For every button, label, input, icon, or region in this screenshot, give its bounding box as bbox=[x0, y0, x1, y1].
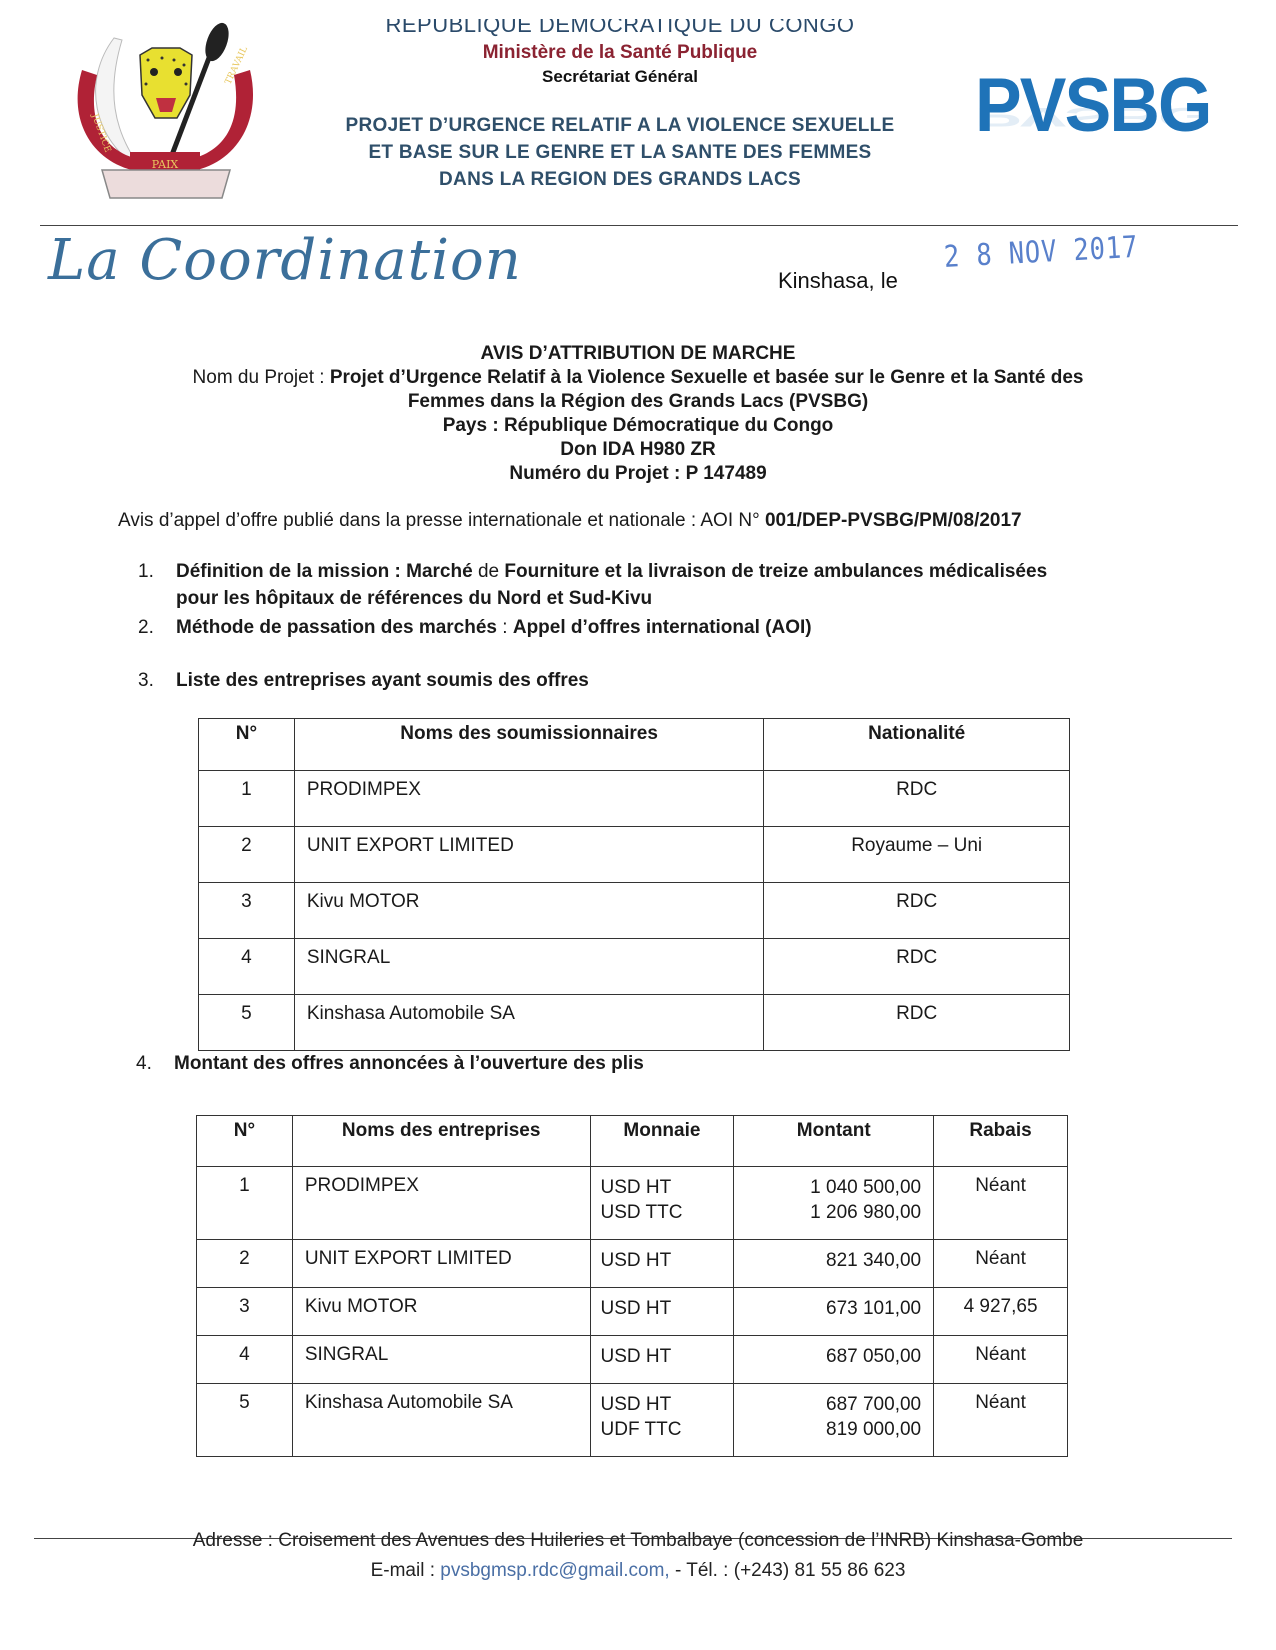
amount-value: 1 040 500,00 bbox=[734, 1175, 921, 1200]
cell-company-name: SINGRAL bbox=[292, 1336, 590, 1384]
cell-company-name: UNIT EXPORT LIMITED bbox=[292, 1240, 590, 1288]
project-name-value-1: Projet d’Urgence Relatif à la Violence S… bbox=[330, 367, 1084, 388]
col-header-nationality: Nationalité bbox=[764, 719, 1070, 771]
table-header-row: N° Noms des entreprises Monnaie Montant … bbox=[197, 1116, 1068, 1167]
grant-line: Don IDA H980 ZR bbox=[100, 438, 1176, 462]
table-row: 1PRODIMPEXUSD HTUSD TTC1 040 500,001 206… bbox=[197, 1167, 1068, 1240]
table-row: 2UNIT EXPORT LIMITEDRoyaume – Uni bbox=[199, 827, 1070, 883]
table-row: 5Kinshasa Automobile SARDC bbox=[199, 995, 1070, 1051]
phone-text: - Tél. : (+243) 81 55 86 623 bbox=[675, 1560, 905, 1581]
currency-value: USD HT bbox=[601, 1392, 734, 1417]
amount-value: 819 000,00 bbox=[734, 1417, 921, 1442]
item-4: 4.Montant des offres annoncées à l’ouver… bbox=[136, 1050, 644, 1077]
footer-contact: E-mail : pvsbgmsp.rdc@gmail.com, - Tél. … bbox=[0, 1560, 1276, 1582]
cell-number: 3 bbox=[197, 1288, 293, 1336]
cell-rebate: Néant bbox=[934, 1240, 1068, 1288]
item-3-label: Liste des entreprises ayant soumis des o… bbox=[176, 670, 589, 691]
amount-value: 821 340,00 bbox=[734, 1248, 921, 1273]
cell-amount: 673 101,00 bbox=[734, 1288, 934, 1336]
cell-number: 4 bbox=[199, 939, 295, 995]
cell-number: 4 bbox=[197, 1336, 293, 1384]
footer-address: Adresse : Croisement des Avenues des Hui… bbox=[0, 1530, 1276, 1552]
email-label: E-mail : bbox=[371, 1560, 435, 1581]
cell-currency: USD HT bbox=[590, 1240, 734, 1288]
aoi-line: Avis d’appel d’offre publié dans la pres… bbox=[118, 510, 1022, 532]
currency-value: USD HT bbox=[601, 1175, 734, 1200]
cell-rebate: Néant bbox=[934, 1167, 1068, 1240]
cell-amount: 821 340,00 bbox=[734, 1240, 934, 1288]
item-1-label: Définition de la mission : bbox=[176, 561, 401, 582]
item-2-value: Appel d’offres international (AOI) bbox=[513, 617, 812, 638]
table-row: 4SINGRALUSD HT687 050,00Néant bbox=[197, 1336, 1068, 1384]
cell-number: 1 bbox=[197, 1167, 293, 1240]
amount-value: 687 050,00 bbox=[734, 1344, 921, 1369]
header-project-line-1: PROJET D’URGENCE RELATIF A LA VIOLENCE S… bbox=[300, 115, 940, 137]
amount-value: 673 101,00 bbox=[734, 1296, 921, 1321]
project-name-label: Nom du Projet : bbox=[193, 367, 325, 388]
coordination-signature: La Coordination bbox=[48, 228, 522, 293]
header-divider bbox=[40, 225, 1238, 226]
table-row: 3Kivu MOTORUSD HT673 101,004 927,65 bbox=[197, 1288, 1068, 1336]
cell-number: 5 bbox=[199, 995, 295, 1051]
project-name-value-2: Femmes dans la Région des Grands Lacs (P… bbox=[100, 390, 1176, 414]
cell-number: 2 bbox=[199, 827, 295, 883]
header-secretariat: Secrétariat Général bbox=[300, 67, 940, 87]
cell-amount: 687 050,00 bbox=[734, 1336, 934, 1384]
cell-currency: USD HT bbox=[590, 1288, 734, 1336]
project-number-line: Numéro du Projet : P 147489 bbox=[100, 462, 1176, 486]
aoi-label: Avis d’appel d’offre publié dans la pres… bbox=[118, 510, 760, 531]
country-line: Pays : République Démocratique du Congo bbox=[100, 414, 1176, 438]
email-link[interactable]: pvsbgmsp.rdc@gmail.com, bbox=[440, 1560, 669, 1581]
currency-value: USD HT bbox=[601, 1296, 734, 1321]
col-header-amount: Montant bbox=[734, 1116, 934, 1167]
currency-value: USD HT bbox=[601, 1344, 734, 1369]
cell-number: 2 bbox=[197, 1240, 293, 1288]
col-header-number: N° bbox=[197, 1116, 293, 1167]
cell-nationality: RDC bbox=[764, 883, 1070, 939]
col-header-company: Noms des entreprises bbox=[292, 1116, 590, 1167]
currency-value: USD TTC bbox=[601, 1200, 734, 1225]
cell-amount: 1 040 500,001 206 980,00 bbox=[734, 1167, 934, 1240]
table-header-row: N° Noms des soumissionnaires Nationalité bbox=[199, 719, 1070, 771]
place-label: Kinshasa, le bbox=[778, 268, 898, 294]
emblem-paix-text: PAIX bbox=[152, 158, 179, 171]
cell-bidder-name: SINGRAL bbox=[294, 939, 763, 995]
cell-rebate: Néant bbox=[934, 1384, 1068, 1457]
item-4-label: Montant des offres annoncées à l’ouvertu… bbox=[174, 1053, 644, 1074]
col-header-rebate: Rabais bbox=[934, 1116, 1068, 1167]
header-ministry: Ministère de la Santé Publique bbox=[300, 42, 940, 64]
amount-value: 1 206 980,00 bbox=[734, 1200, 921, 1225]
col-header-currency: Monnaie bbox=[590, 1116, 734, 1167]
cell-bidder-name: UNIT EXPORT LIMITED bbox=[294, 827, 763, 883]
cell-bidder-name: Kivu MOTOR bbox=[294, 883, 763, 939]
item-2: 2.Méthode de passation des marchés : App… bbox=[138, 614, 812, 641]
cell-nationality: RDC bbox=[764, 995, 1070, 1051]
cell-number: 5 bbox=[197, 1384, 293, 1457]
date-stamp: 2 8 NOV 2017 bbox=[943, 230, 1139, 275]
cell-nationality: RDC bbox=[764, 939, 1070, 995]
currency-value: UDF TTC bbox=[601, 1417, 734, 1442]
table-row: 1PRODIMPEXRDC bbox=[199, 771, 1070, 827]
cell-currency: USD HTUSD TTC bbox=[590, 1167, 734, 1240]
item-2-label: Méthode de passation des marchés bbox=[176, 617, 497, 638]
cell-nationality: RDC bbox=[764, 771, 1070, 827]
header-project-line-3: DANS LA REGION DES GRANDS LACS bbox=[300, 169, 940, 191]
currency-value: USD HT bbox=[601, 1248, 734, 1273]
cell-bidder-name: PRODIMPEX bbox=[294, 771, 763, 827]
bidders-table: N° Noms des soumissionnaires Nationalité… bbox=[198, 718, 1070, 1051]
aoi-number: 001/DEP-PVSBG/PM/08/2017 bbox=[765, 510, 1022, 531]
table-row: 4SINGRALRDC bbox=[199, 939, 1070, 995]
cell-company-name: Kinshasa Automobile SA bbox=[292, 1384, 590, 1457]
cell-company-name: Kivu MOTOR bbox=[292, 1288, 590, 1336]
cell-currency: USD HTUDF TTC bbox=[590, 1384, 734, 1457]
cell-number: 3 bbox=[199, 883, 295, 939]
header-project-line-2: ET BASE SUR LE GENRE ET LA SANTE DES FEM… bbox=[300, 142, 940, 164]
cell-number: 1 bbox=[199, 771, 295, 827]
cell-nationality: Royaume – Uni bbox=[764, 827, 1070, 883]
offers-table: N° Noms des entreprises Monnaie Montant … bbox=[196, 1115, 1068, 1457]
item-3: 3.Liste des entreprises ayant soumis des… bbox=[138, 667, 589, 694]
cell-rebate: 4 927,65 bbox=[934, 1288, 1068, 1336]
cell-company-name: PRODIMPEX bbox=[292, 1167, 590, 1240]
cell-currency: USD HT bbox=[590, 1336, 734, 1384]
table-row: 3Kivu MOTORRDC bbox=[199, 883, 1070, 939]
cell-amount: 687 700,00819 000,00 bbox=[734, 1384, 934, 1457]
amount-value: 687 700,00 bbox=[734, 1392, 921, 1417]
project-name-block: Nom du Projet : Projet d’Urgence Relatif… bbox=[100, 366, 1176, 486]
coat-of-arms-emblem: PAIX JUSTICE TRAVAIL bbox=[62, 20, 272, 205]
col-header-name: Noms des soumissionnaires bbox=[294, 719, 763, 771]
table-row: 5Kinshasa Automobile SAUSD HTUDF TTC687 … bbox=[197, 1384, 1068, 1457]
header-republic: REPUBLIQUE DEMOCRATIQUE DU CONGO bbox=[300, 12, 940, 38]
table-row: 2UNIT EXPORT LIMITEDUSD HT821 340,00Néan… bbox=[197, 1240, 1068, 1288]
notice-title: AVIS D’ATTRIBUTION DE MARCHE bbox=[100, 342, 1176, 366]
item-1-line-2: pour les hôpitaux de références du Nord … bbox=[176, 585, 652, 612]
col-header-number: N° bbox=[199, 719, 295, 771]
cell-rebate: Néant bbox=[934, 1336, 1068, 1384]
item-1: 1.Définition de la mission : Marché de F… bbox=[138, 558, 1047, 585]
cell-bidder-name: Kinshasa Automobile SA bbox=[294, 995, 763, 1051]
pvsbg-logo-reflection: PVSBG bbox=[975, 102, 1211, 132]
